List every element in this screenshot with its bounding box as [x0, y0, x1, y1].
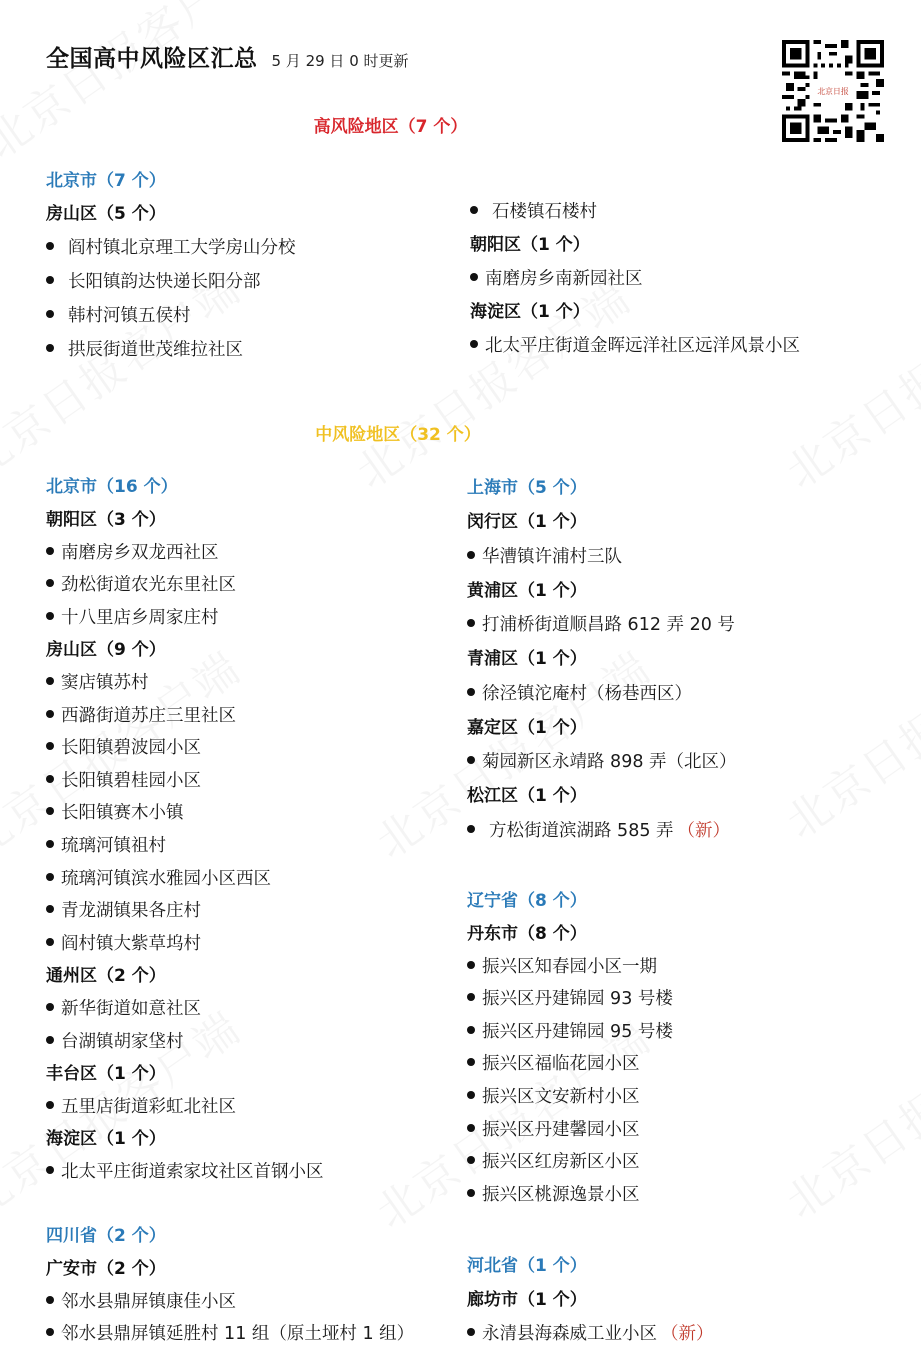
district-heading: 通州区（2 个）: [46, 960, 324, 993]
list-item: 十八里店乡周家庄村: [46, 602, 324, 635]
bullet-icon: [46, 1166, 54, 1174]
province-heading: 上海市（5 个）: [467, 471, 737, 505]
update-time: 5 月 29 日 0 时更新: [272, 50, 409, 71]
list-item: 振兴区丹建锦园 93 号楼: [467, 983, 673, 1016]
bullet-icon: [467, 1091, 475, 1099]
list-item: 永清县海森威工业小区（新）: [467, 1317, 714, 1351]
bullet-icon: [467, 1328, 475, 1336]
district-heading: 闵行区（1 个）: [467, 505, 737, 540]
high-risk-title: 高风险地区（7 个）: [0, 112, 781, 137]
list-item: 振兴区福临花园小区: [467, 1048, 673, 1081]
list-item: 新华街道如意社区: [46, 993, 324, 1026]
watermark: 北京日报客户端: [771, 993, 921, 1230]
bullet-icon: [470, 273, 478, 281]
bullet-icon: [467, 993, 475, 1001]
mid-risk-left-column: 北京市（16 个） 朝阳区（3 个） 南磨房乡双龙西社区 劲松街道农光东里社区 …: [46, 470, 324, 1188]
bullet-icon: [46, 1003, 54, 1011]
list-item: 长阳镇赛木小镇: [46, 797, 324, 830]
district-heading: 朝阳区（1 个）: [470, 229, 800, 262]
list-item: 窦店镇苏村: [46, 667, 324, 700]
bullet-icon: [46, 547, 54, 555]
list-item: 琉璃河镇滨水雅园小区西区: [46, 863, 324, 896]
bullet-icon: [46, 905, 54, 913]
list-item: 阎村镇大紫草坞村: [46, 928, 324, 961]
list-item: 振兴区桃源逸景小区: [467, 1179, 673, 1212]
bullet-icon: [46, 344, 54, 352]
district-heading: 黄浦区（1 个）: [467, 574, 737, 609]
district-heading: 廊坊市（1 个）: [467, 1283, 714, 1317]
list-item: 邻水县鼎屏镇康佳小区: [46, 1286, 414, 1319]
list-item: 长阳镇碧桂园小区: [46, 765, 324, 798]
list-item: 长阳镇碧波园小区: [46, 732, 324, 765]
bullet-icon: [46, 276, 54, 284]
list-item: 北太平庄街道索家坟社区首钢小区: [46, 1156, 324, 1189]
bullet-icon: [467, 688, 475, 696]
list-item: 韩村河镇五侯村: [46, 299, 296, 333]
high-risk-left-column: 北京市（7 个） 房山区（5 个） 阎村镇北京理工大学房山分校 长阳镇韵达快递长…: [46, 164, 296, 367]
list-item: 方松街道滨湖路 585 弄（新）: [467, 814, 737, 848]
list-item: 石楼镇石楼村: [470, 195, 800, 229]
bullet-icon: [467, 551, 475, 559]
qr-code-icon[interactable]: 北京日报: [781, 40, 885, 142]
district-heading: 海淀区（1 个）: [470, 296, 800, 329]
bullet-icon: [46, 242, 54, 250]
bullet-icon: [46, 1036, 54, 1044]
new-badge: （新）: [661, 1324, 714, 1344]
list-item: 徐泾镇沱庵村（杨巷西区）: [467, 677, 737, 711]
list-item: 阎村镇北京理工大学房山分校: [46, 231, 296, 265]
bullet-icon: [467, 619, 475, 627]
bullet-icon: [467, 1156, 475, 1164]
bullet-icon: [46, 775, 54, 783]
district-heading: 朝阳区（3 个）: [46, 504, 324, 537]
bullet-icon: [467, 1058, 475, 1066]
province-heading: 辽宁省（8 个）: [467, 884, 673, 918]
list-item: 菊园新区永靖路 898 弄（北区）: [467, 745, 737, 779]
list-item: 华漕镇许浦村三队: [467, 540, 737, 574]
province-heading: 四川省（2 个）: [46, 1219, 414, 1253]
list-item: 振兴区知春园小区一期: [467, 951, 673, 984]
mid-risk-title: 中风险地区（32 个）: [0, 420, 796, 445]
bullet-icon: [46, 612, 54, 620]
bullet-icon: [46, 710, 54, 718]
province-heading: 北京市（16 个）: [46, 470, 324, 504]
district-heading: 松江区（1 个）: [467, 779, 737, 814]
list-item: 北太平庄街道金晖远洋社区远洋风景小区: [470, 329, 800, 363]
district-heading: 丹东市（8 个）: [467, 918, 673, 951]
bullet-icon: [470, 340, 478, 348]
watermark: 北京日报客户端: [0, 0, 271, 171]
list-item: 打浦桥街道顺昌路 612 弄 20 号: [467, 608, 737, 642]
province-heading: 河北省（1 个）: [467, 1249, 714, 1283]
bullet-icon: [467, 756, 475, 764]
bullet-icon: [46, 873, 54, 881]
page-header: 全国高中风险区汇总 5 月 29 日 0 时更新: [46, 40, 409, 73]
bullet-icon: [46, 742, 54, 750]
bullet-icon: [46, 579, 54, 587]
mid-risk-sichuan: 四川省（2 个） 广安市（2 个） 邻水县鼎屏镇康佳小区 邻水县鼎屏镇延胜村 1…: [46, 1219, 414, 1351]
list-item: 拱辰街道世茂维拉社区: [46, 333, 296, 367]
bullet-icon: [467, 961, 475, 969]
bullet-icon: [46, 807, 54, 815]
bullet-icon: [46, 938, 54, 946]
bullet-icon: [46, 677, 54, 685]
list-item: 振兴区丹建锦园 95 号楼: [467, 1016, 673, 1049]
bullet-icon: [46, 840, 54, 848]
list-item: 振兴区文安新村小区: [467, 1081, 673, 1114]
list-item: 西潞街道苏庄三里社区: [46, 700, 324, 733]
high-risk-right-column: 石楼镇石楼村 朝阳区（1 个） 南磨房乡南新园社区 海淀区（1 个） 北太平庄街…: [470, 195, 800, 363]
province-heading: 北京市（7 个）: [46, 164, 296, 198]
district-heading: 房山区（5 个）: [46, 198, 296, 231]
list-item: 琉璃河镇祖村: [46, 830, 324, 863]
mid-risk-hebei: 河北省（1 个） 廊坊市（1 个） 永清县海森威工业小区（新）: [467, 1249, 714, 1351]
list-item: 振兴区丹建馨园小区: [467, 1114, 673, 1147]
qr-center-logo: 北京日报: [817, 86, 848, 96]
page-title: 全国高中风险区汇总: [46, 40, 258, 73]
list-item: 劲松街道农光东里社区: [46, 569, 324, 602]
bullet-icon: [467, 1026, 475, 1034]
bullet-icon: [46, 310, 54, 318]
bullet-icon: [467, 825, 475, 833]
list-item: 台湖镇胡家垡村: [46, 1026, 324, 1059]
district-heading: 青浦区（1 个）: [467, 642, 737, 677]
district-heading: 海淀区（1 个）: [46, 1123, 324, 1156]
list-item: 长阳镇韵达快递长阳分部: [46, 265, 296, 299]
list-item: 振兴区红房新区小区: [467, 1146, 673, 1179]
list-item: 南磨房乡南新园社区: [470, 262, 800, 296]
district-heading: 嘉定区（1 个）: [467, 711, 737, 746]
new-badge: （新）: [678, 821, 731, 841]
bullet-icon: [470, 206, 478, 214]
district-heading: 广安市（2 个）: [46, 1253, 414, 1286]
mid-risk-liaoning: 辽宁省（8 个） 丹东市（8 个） 振兴区知春园小区一期 振兴区丹建锦园 93 …: [467, 884, 673, 1211]
bullet-icon: [46, 1296, 54, 1304]
bullet-icon: [46, 1328, 54, 1336]
list-item: 青龙湖镇果各庄村: [46, 895, 324, 928]
list-item: 南磨房乡双龙西社区: [46, 537, 324, 570]
list-item: 五里店街道彩虹北社区: [46, 1091, 324, 1124]
bullet-icon: [46, 1101, 54, 1109]
list-item: 邻水县鼎屏镇延胜村 11 组（原土垭村 1 组）: [46, 1318, 414, 1351]
bullet-icon: [467, 1124, 475, 1132]
watermark: 北京日报客户端: [771, 613, 921, 850]
mid-risk-shanghai: 上海市（5 个） 闵行区（1 个） 华漕镇许浦村三队 黄浦区（1 个） 打浦桥街…: [467, 471, 737, 848]
district-heading: 房山区（9 个）: [46, 634, 324, 667]
district-heading: 丰台区（1 个）: [46, 1058, 324, 1091]
bullet-icon: [467, 1189, 475, 1197]
